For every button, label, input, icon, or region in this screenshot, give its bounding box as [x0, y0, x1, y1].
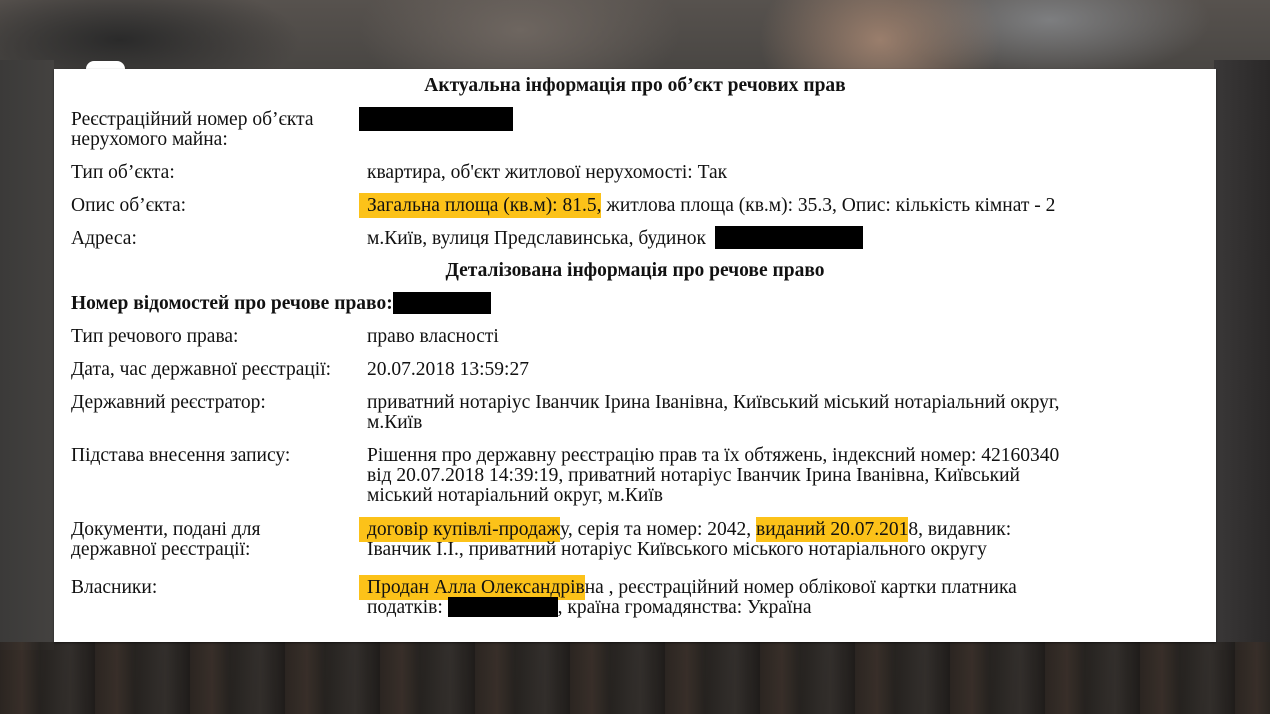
- value-reg-datetime: 20.07.2018 13:59:27: [367, 360, 1127, 380]
- documents-line2: Іванчик І.І., приватний нотаріус Київськ…: [359, 540, 1179, 560]
- value-object-desc: Загальна площа (кв.м): 81.5, житлова пло…: [359, 196, 1159, 216]
- owners-line2: податків: , країна громадянства: Україна: [359, 598, 1179, 618]
- owners-line1: Продан Алла Олександрівна , реєстраційни…: [359, 578, 1179, 598]
- basis-line1: Рішення про державну реєстрацію прав та …: [367, 446, 1167, 466]
- section-title-detailed-info: Деталізована інформація про речове право: [54, 261, 1216, 281]
- background-left-edge: [0, 60, 54, 650]
- right-number-label-text: Номер відомостей про речове право:: [71, 293, 393, 314]
- label-basis: Підстава внесення запису:: [71, 446, 290, 466]
- address-text: м.Київ, вулиця Предславинська, будинок: [367, 228, 706, 249]
- label-reg-number: Реєстраційний номер об’єкта нерухомого м…: [71, 110, 314, 150]
- registrar-line1: приватний нотаріус Іванчик Ірина Іванівн…: [367, 393, 1167, 413]
- redaction-block-house: [715, 226, 863, 249]
- highlight-total-area: Загальна площа (кв.м): 81.5,: [359, 193, 601, 218]
- tax-label: податків:: [367, 597, 443, 618]
- owners-rest-text: на , реєстраційний номер облікової картк…: [585, 577, 1017, 598]
- value-owners: Продан Алла Олександрівна , реєстраційни…: [359, 578, 1179, 618]
- blurred-background-bottom: [0, 642, 1270, 714]
- registry-document: Актуальна інформація про об’єкт речових …: [54, 69, 1216, 642]
- value-right-type: право власності: [367, 327, 1127, 347]
- documents-end-text: 8, видавник:: [908, 519, 1011, 540]
- documents-label-line1: Документи, подані для: [71, 520, 260, 540]
- basis-line2: від 20.07.2018 14:39:19, приватний нотар…: [367, 466, 1167, 486]
- label-right-number: Номер відомостей про речове право:: [71, 294, 491, 314]
- registrar-line2: м.Київ: [367, 413, 1167, 433]
- object-desc-rest: житлова площа (кв.м): 35.3, Опис: кількі…: [601, 195, 1055, 216]
- redaction-block-reg-number: [359, 107, 513, 131]
- label-owners: Власники:: [71, 578, 157, 598]
- value-object-type: квартира, об'єкт житлової нерухомості: Т…: [367, 163, 1127, 183]
- value-documents: договір купівлі-продажу, серія та номер:…: [359, 520, 1179, 560]
- redaction-block-tax-number: [448, 597, 558, 617]
- documents-mid-text: у, серія та номер: 2042,: [560, 519, 756, 540]
- basis-line3: міський нотаріальний округ, м.Київ: [367, 486, 1167, 506]
- redaction-block-right-number: [393, 292, 491, 314]
- label-documents: Документи, подані для державної реєстрац…: [71, 520, 260, 560]
- value-basis: Рішення про державну реєстрацію прав та …: [367, 446, 1167, 506]
- documents-label-line2: державної реєстрації:: [71, 540, 260, 560]
- label-reg-datetime: Дата, час державної реєстрації:: [71, 360, 331, 380]
- label-address: Адреса:: [71, 229, 137, 249]
- value-reg-number: [359, 107, 1119, 131]
- documents-line1: договір купівлі-продажу, серія та номер:…: [359, 520, 1179, 540]
- label-reg-number-line2: нерухомого майна:: [71, 130, 314, 150]
- background-right-edge: [1214, 60, 1270, 650]
- label-registrar: Державний реєстратор:: [71, 393, 266, 413]
- value-registrar: приватний нотаріус Іванчик Ірина Іванівн…: [367, 393, 1167, 433]
- label-object-type: Тип об’єкта:: [71, 163, 175, 183]
- section-title-current-info: Актуальна інформація про об’єкт речових …: [54, 76, 1216, 96]
- value-address: м.Київ, вулиця Предславинська, будинок: [367, 229, 1127, 249]
- label-reg-number-line1: Реєстраційний номер об’єкта: [71, 110, 314, 130]
- citizenship-text: , країна громадянства: Україна: [558, 597, 812, 618]
- label-object-desc: Опис об’єкта:: [71, 196, 186, 216]
- label-right-type: Тип речового права:: [71, 327, 238, 347]
